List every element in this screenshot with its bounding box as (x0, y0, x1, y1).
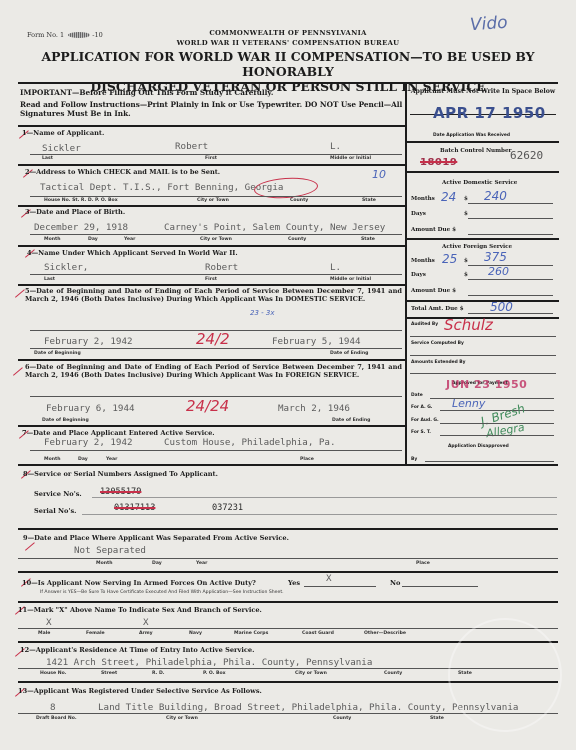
q5-date-beginning[interactable]: February 2, 1942 (44, 336, 133, 347)
field-line (30, 348, 402, 349)
divider (18, 601, 558, 603)
check-mark-icon (15, 289, 25, 298)
q13-label: 13—Applicant Was Registered Under Select… (18, 687, 262, 695)
divider (18, 245, 405, 247)
field-line (30, 234, 402, 235)
q1-middle-initial[interactable]: L. (330, 141, 341, 152)
check-mark-icon (25, 542, 35, 551)
application-form: Form No. 1 -10 Vido COMMONWEALTH OF PENN… (0, 0, 576, 750)
divider (18, 125, 405, 127)
q12-residence[interactable]: 1421 Arch Street, Philadelphia, Phila. C… (46, 657, 372, 668)
divider (18, 164, 405, 166)
q10-no-field[interactable] (402, 586, 478, 587)
q4-last-name[interactable]: Sickler, (44, 262, 88, 273)
q5-label: 5—Date of Beginning and Date of Ending o… (25, 287, 402, 303)
total-amount-due: 500 (490, 300, 513, 314)
q11-label: 11—Mark "X" Above Name To Indicate Sex A… (18, 606, 262, 614)
domestic-months-amount: 240 (484, 189, 507, 203)
q7-entry-date[interactable]: February 2, 1942 (44, 437, 133, 448)
field-line (30, 274, 402, 275)
q12-label: 12—Applicant's Residence At Time of Entr… (20, 646, 254, 654)
foreign-days-amount: 260 (488, 265, 509, 278)
field-line (30, 154, 402, 155)
handwritten-note: 23 - 3x (250, 309, 274, 317)
batch-control-number: 62620 (510, 149, 543, 162)
handwritten-number: 10 (372, 168, 386, 181)
divider (18, 571, 558, 573)
q10-label: 10—Is Applicant Now Serving In Armed For… (22, 579, 256, 587)
header-commonwealth: COMMONWEALTH OF PENNSYLVANIA (0, 29, 576, 37)
batch-control-label: Batch Control Number (440, 148, 511, 154)
q5-date-ending[interactable]: February 5, 1944 (272, 336, 361, 347)
office-use-title: Applicant Must Not Write In Space Below (410, 88, 556, 96)
divider (18, 464, 558, 466)
q6-label: 6—Date of Beginning and Date of Ending o… (25, 363, 402, 379)
field-line (30, 450, 402, 451)
q10-yes-value[interactable]: X (326, 573, 332, 584)
q2-label: 2—Address to Which CHECK and MAIL is to … (25, 168, 220, 176)
embossed-seal-icon (448, 618, 562, 732)
foreign-months-amount: 375 (484, 250, 507, 264)
batch-number-struck: 18019 (420, 157, 457, 168)
q8-label: 8—Service or Serial Numbers Assigned To … (23, 470, 218, 478)
serial-number[interactable]: 037231 (212, 503, 243, 513)
divider (18, 284, 405, 286)
q1-last-name[interactable]: Sickler (42, 143, 81, 154)
divider (18, 82, 558, 84)
q4-first-name[interactable]: Robert (205, 262, 238, 273)
instructions: IMPORTANT—Before Filling Out This Form S… (20, 88, 405, 121)
q2-address[interactable]: Tactical Dept. T.I.S., Fort Benning, Geo… (40, 182, 283, 193)
auditor-signature: Schulz (444, 316, 493, 334)
divider (18, 425, 405, 427)
q7-label: 7—Date and Place Applicant Entered Activ… (22, 429, 215, 437)
q3-birth-date[interactable]: December 29, 1918 (34, 222, 128, 233)
domestic-months: 24 (441, 190, 456, 204)
q11-male-mark[interactable]: X (46, 617, 52, 628)
q7-entry-place[interactable]: Custom House, Philadelphia, Pa. (164, 437, 335, 448)
serial-number-struck[interactable]: 01317113 (114, 503, 155, 513)
divider (18, 205, 405, 207)
header-bureau: WORLD WAR II VETERANS' COMPENSATION BURE… (0, 39, 576, 47)
q1-first-name[interactable]: Robert (175, 141, 208, 152)
received-date-stamp: APR 17 1950 (433, 104, 546, 122)
q4-label: 4—Name Under Which Applicant Served In W… (27, 249, 238, 257)
q3-birth-place[interactable]: Carney's Point, Salem County, New Jersey (164, 222, 385, 233)
q6-date-ending[interactable]: March 2, 1946 (278, 403, 350, 414)
q6-date-beginning[interactable]: February 6, 1944 (46, 403, 135, 414)
q13-draft-board-no[interactable]: 8 (50, 702, 56, 713)
handwritten-calc: 24/2 (196, 330, 230, 348)
service-number[interactable]: 13055179 (100, 487, 141, 497)
foreign-months: 25 (442, 252, 457, 266)
q4-middle-initial[interactable]: L. (330, 262, 341, 273)
field-line (30, 196, 402, 197)
approved-date-stamp: JUN 23 1950 (446, 378, 527, 391)
divider (18, 528, 558, 530)
check-mark-icon (13, 367, 23, 376)
q9-separation[interactable]: Not Separated (74, 545, 146, 556)
q9-label: 9—Date and Place Where Applicant Was Sep… (23, 534, 289, 542)
q11-army-mark[interactable]: X (143, 617, 149, 628)
divider (18, 359, 405, 361)
q1-label: 1—Name of Applicant. (22, 129, 104, 137)
q3-label: 3—Date and Place of Birth. (25, 208, 125, 216)
handwritten-calc: 24/24 (186, 397, 229, 415)
ag-signature: Lenny (452, 397, 485, 410)
